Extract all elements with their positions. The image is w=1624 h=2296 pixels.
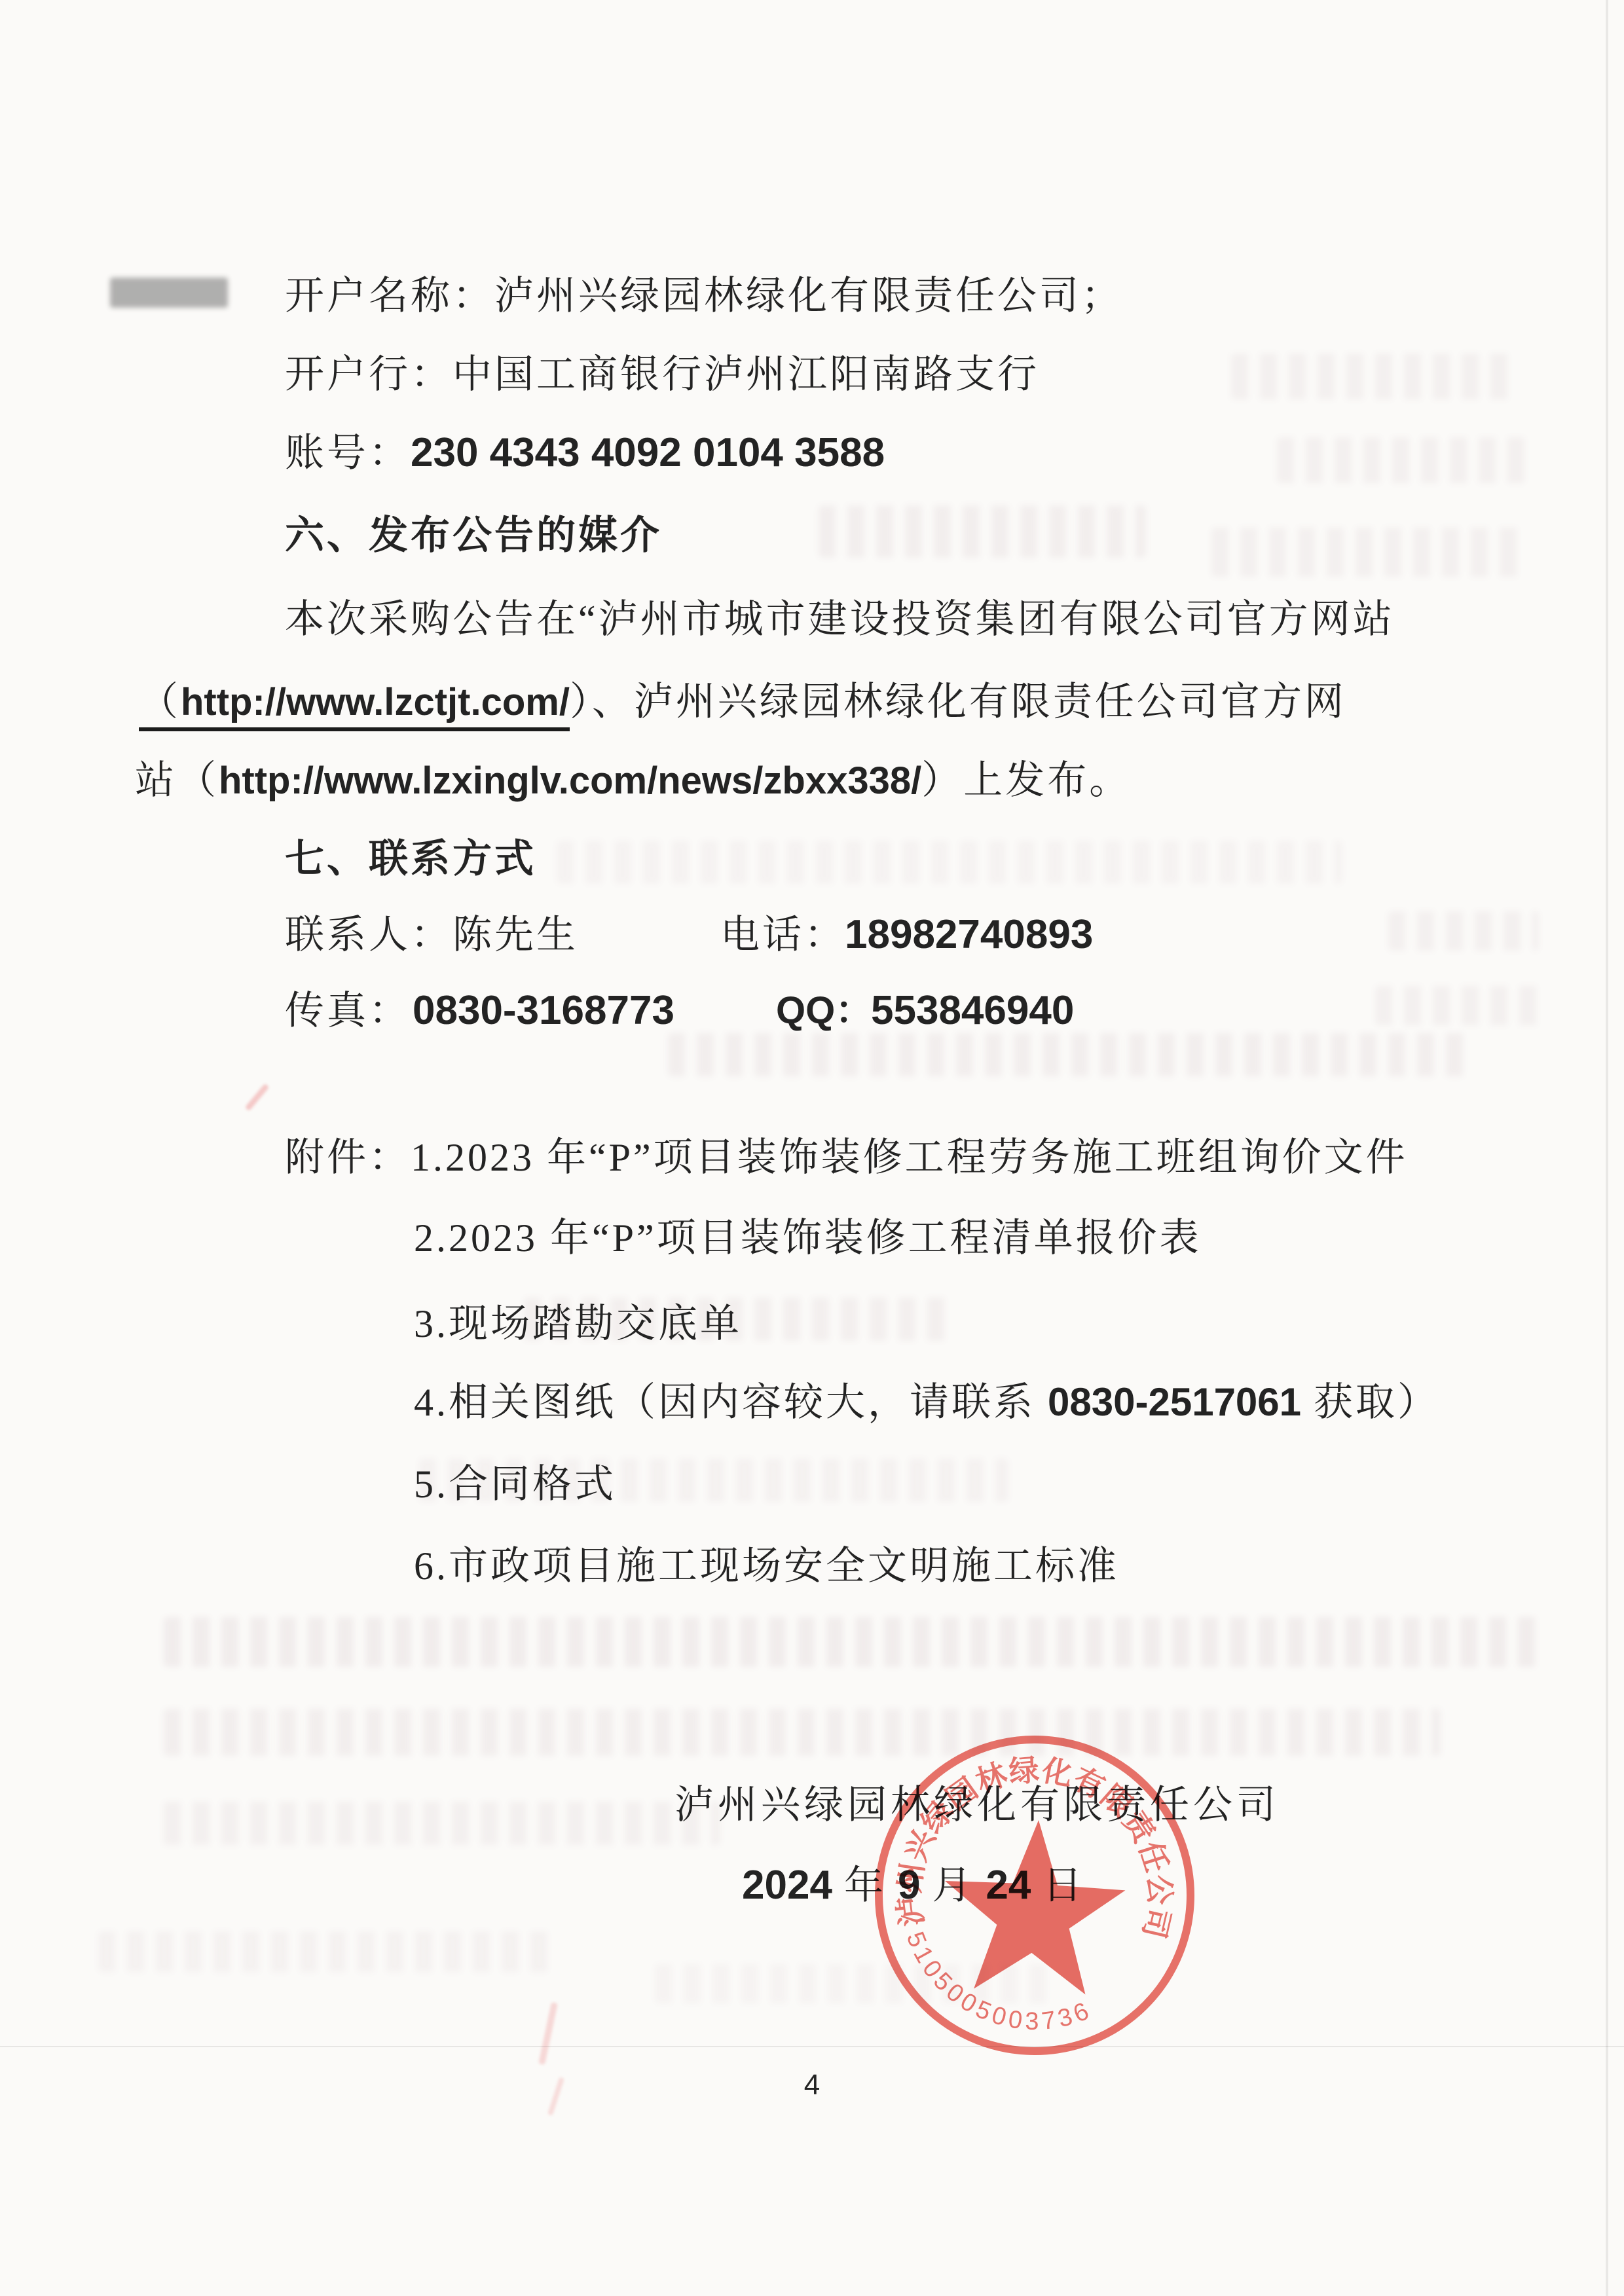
bleedthrough-artifact: [164, 1709, 1441, 1756]
fax-number: 0830-3168773: [413, 983, 674, 1038]
qq-label: QQ：: [776, 983, 873, 1038]
bleedthrough-artifact: [1277, 437, 1526, 483]
media-url-1: http://www.lzctjt.com/: [181, 681, 570, 723]
ink-streak: [538, 2002, 558, 2065]
line-attachment-5: 5.合同格式: [414, 1457, 616, 1512]
para-media-line3: 站（http://www.lzxinglv.com/news/zbxx338/）…: [135, 753, 1131, 808]
date-year: 2024: [742, 1863, 832, 1908]
bleedthrough-artifact: [668, 1033, 1473, 1076]
contact-person: 联系人：陈先生: [285, 907, 578, 962]
media-line3-pre: 站（: [135, 759, 219, 802]
bleedthrough-artifact: [98, 1931, 557, 1972]
phone-label: 电话：: [720, 907, 846, 962]
scan-smudge: [110, 278, 228, 308]
page-number: 4: [0, 2069, 1624, 2102]
phone-number: 18982740893: [845, 907, 1093, 962]
attachment-item-4-post: 获取）: [1301, 1381, 1439, 1424]
line-attachment-4: 4.相关图纸（因内容较大，请联系 0830-2517061 获取）: [414, 1375, 1439, 1430]
line-account-number: 账号：230 4343 4092 0104 3588: [285, 426, 885, 481]
page-edge-shadow: [1606, 0, 1608, 2296]
line-attachment-6: 6.市政项目施工现场安全文明施工标准: [414, 1539, 1119, 1594]
media-line3-post: ）上发布。: [921, 759, 1131, 802]
line-fax-qq: 传真： 0830-3168773 QQ： 553846940: [0, 983, 1624, 1038]
line-contact-phone: 联系人：陈先生 电话： 18982740893: [0, 907, 1624, 962]
heading-contact-section: 七、联系方式: [285, 831, 536, 886]
media-url-2: http://www.lzxinglv.com/news/zbxx338/: [219, 759, 921, 802]
ink-streak: [245, 1084, 270, 1112]
underlined-url-group: （http://www.lzctjt.com/: [139, 680, 570, 731]
line-bank-branch: 开户行：中国工商银行泸州江阳南路支行: [285, 347, 1039, 402]
media-line2-rest: ）、泸州兴绿园林绿化有限责任公司官方网: [570, 680, 1346, 723]
seal-star-icon: [940, 1815, 1129, 1996]
bleedthrough-artifact: [557, 841, 1342, 884]
attachment-item-1: 1.2023 年“P”项目装饰装修工程劳务施工班组询价文件: [411, 1136, 1408, 1179]
account-number-value: 230 4343 4092 0104 3588: [411, 430, 885, 475]
attachment-item-4-phone: 0830-2517061: [1048, 1380, 1301, 1424]
document-page: 开户名称：泸州兴绿园林绿化有限责任公司； 开户行：中国工商银行泸州江阳南路支行 …: [0, 0, 1624, 2296]
para-media-line2: （http://www.lzctjt.com/）、泸州兴绿园林绿化有限责任公司官…: [139, 674, 1346, 729]
bleedthrough-artifact: [164, 1617, 1539, 1667]
paren-open: （: [139, 680, 181, 723]
qq-number: 553846940: [871, 983, 1074, 1038]
para-media-line1: 本次采购公告在“泸州市城市建设投资集团有限公司官方网站: [285, 592, 1395, 647]
heading-media-section: 六、发布公告的媒介: [285, 508, 662, 563]
attachments-label: 附件：: [285, 1136, 411, 1179]
line-account-name: 开户名称：泸州兴绿园林绿化有限责任公司；: [285, 268, 1123, 323]
line-attachment-3: 3.现场踏勘交底单: [414, 1296, 742, 1351]
bleedthrough-artifact: [164, 1802, 720, 1845]
account-number-label: 账号：: [285, 431, 411, 475]
bleedthrough-artifact: [1211, 528, 1519, 577]
company-seal: 泸州兴绿园林绿化有限责任公司 5105005003736: [856, 1717, 1214, 2075]
bleedthrough-artifact: [1231, 354, 1513, 399]
bleedthrough-artifact: [819, 505, 1146, 558]
attachment-item-4-pre: 4.相关图纸（因内容较大，请联系: [414, 1381, 1048, 1424]
line-attachment-2: 2.2023 年“P”项目装饰装修工程清单报价表: [414, 1211, 1202, 1266]
line-attachment-1: 附件：1.2023 年“P”项目装饰装修工程劳务施工班组询价文件: [285, 1130, 1408, 1185]
scan-fold-line: [0, 2046, 1624, 2047]
fax-label: 传真：: [285, 983, 411, 1038]
